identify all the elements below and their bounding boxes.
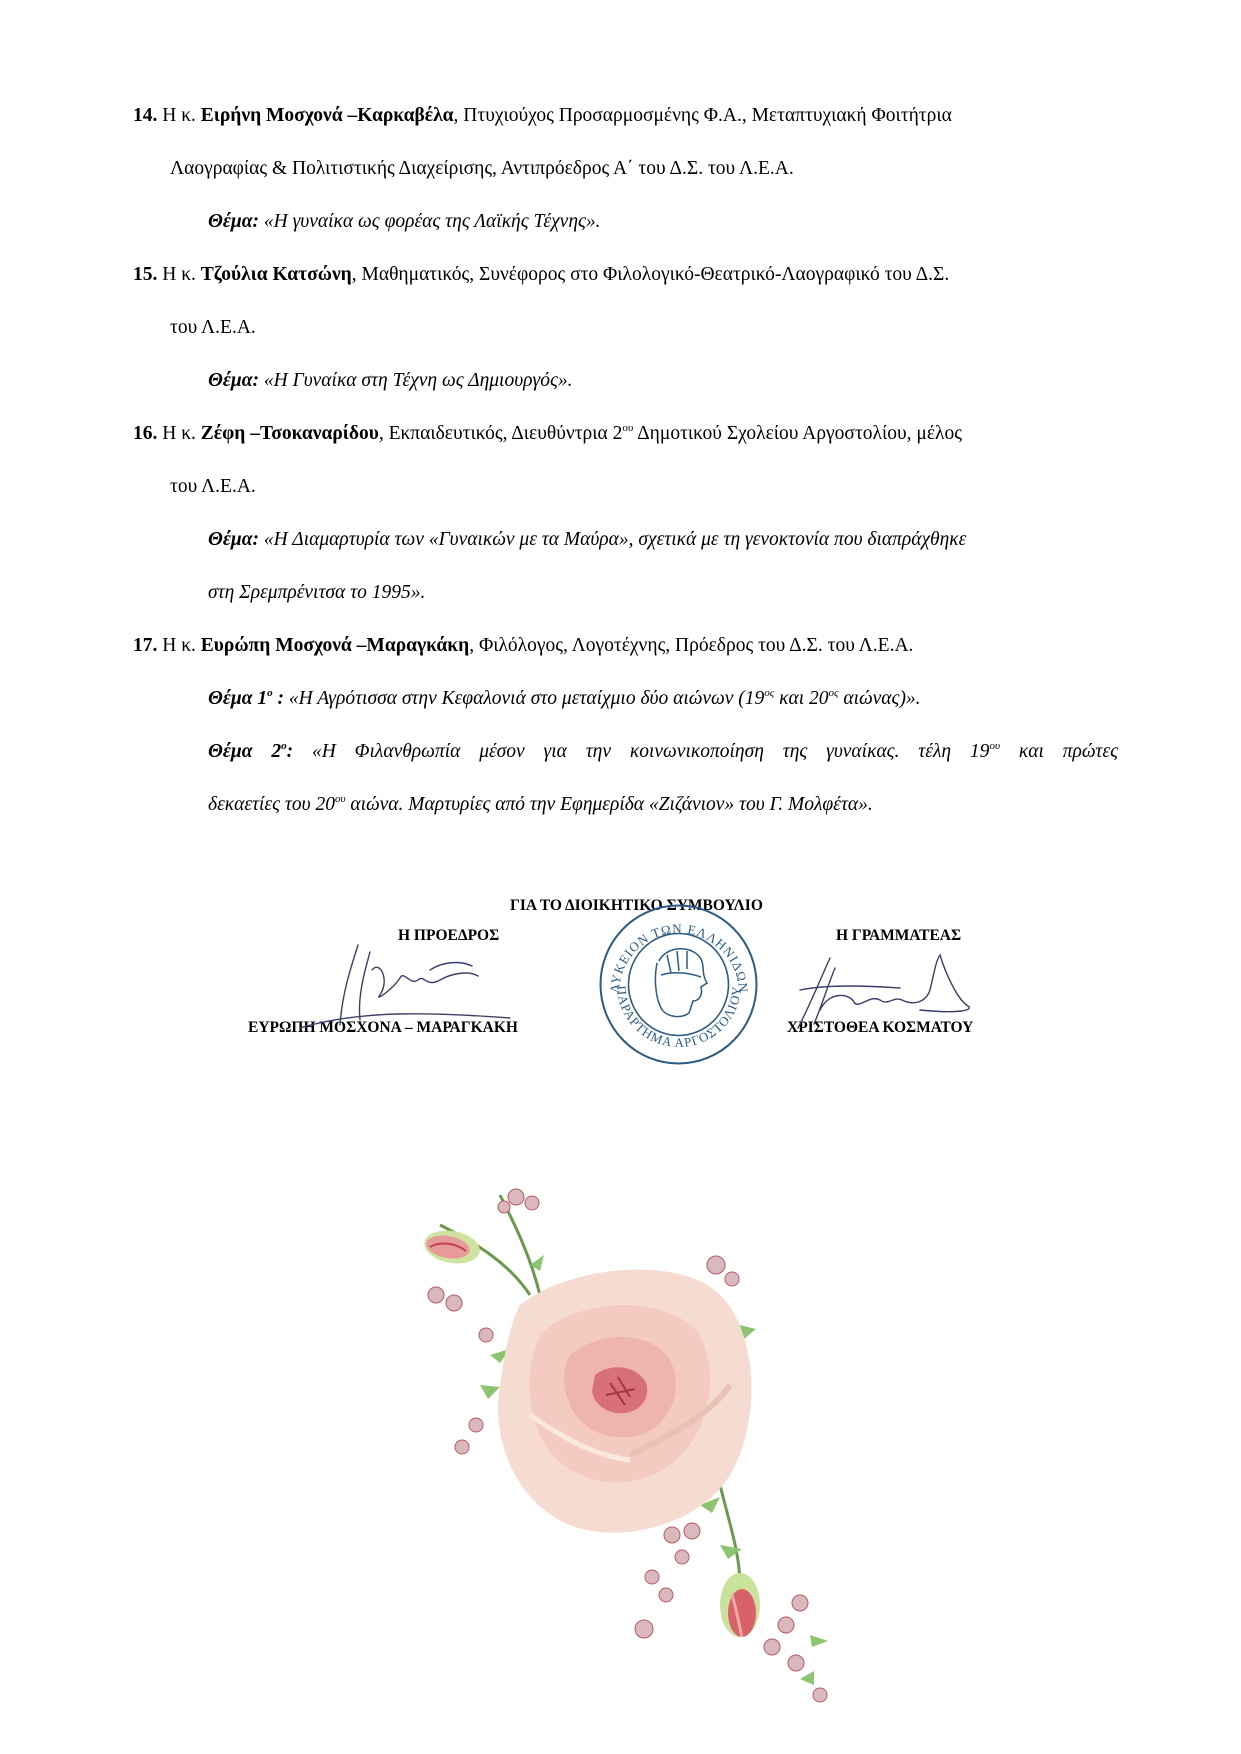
item-17-theme-2-line2: δεκαετίες του 20ου αιώνα. Μαρτυρίες από … — [208, 793, 873, 817]
item-16-line2: του Λ.Ε.Α. — [170, 475, 256, 499]
item-17-line1: 17. Η κ. Ευρώπη Μοσχονά –Μαραγκάκη, Φιλό… — [133, 634, 913, 658]
item-number: 17. — [133, 635, 157, 656]
item-15-line2: του Λ.Ε.Α. — [170, 316, 256, 340]
item-14-theme: Θέμα: «Η γυναίκα ως φορέας της Λαϊκής Τέ… — [208, 210, 601, 234]
rose-illustration-icon — [420, 1185, 860, 1705]
person-name: Ειρήνη Μοσχονά –Καρκαβέλα — [201, 105, 454, 126]
item-15-line1: 15. Η κ. Τζούλια Κατσώνη, Μαθηματικός, Σ… — [133, 263, 949, 287]
secretary-signature-icon — [790, 950, 990, 1030]
secretary-role: Η ΓΡΑΜΜΑΤΕΑΣ — [836, 927, 961, 945]
president-signature-icon — [300, 940, 520, 1030]
person-name: Ζέφη –Τσοκαναρίδου — [201, 423, 379, 444]
item-16-theme-line2: στη Σρεμπρένιτσα το 1995». — [208, 581, 425, 605]
item-15-theme: Θέμα: «Η Γυναίκα στη Τέχνη ως Δημιουργός… — [208, 369, 573, 393]
item-17-theme-2: Θέμα 2ο: «Η Φιλανθρωπία μέσον για την κο… — [208, 740, 1118, 764]
item-17-theme-1: Θέμα 1ο : «Η Αγρότισσα στην Κεφαλονιά στ… — [208, 687, 921, 711]
item-number: 14. — [133, 105, 157, 126]
person-name: Ευρώπη Μοσχονά –Μαραγκάκη — [201, 635, 469, 656]
item-number: 16. — [133, 423, 157, 444]
lyceum-stamp-icon: ΛΥΚΕΙΟΝ ΤΩΝ ΕΛΛΗΝΙΔΩΝ ΠΑΡΑΡΤΗΜΑ ΑΡΓΟΣΤΟΛ… — [597, 903, 760, 1066]
item-16-theme: Θέμα: «Η Διαμαρτυρία των «Γυναικών με τα… — [208, 528, 966, 552]
item-14-line1: 14. Η κ. Ειρήνη Μοσχονά –Καρκαβέλα, Πτυχ… — [133, 104, 952, 128]
person-name: Τζούλια Κατσώνη — [201, 264, 352, 285]
item-16-line1: 16. Η κ. Ζέφη –Τσοκαναρίδου, Εκπαιδευτικ… — [133, 422, 962, 446]
item-14-line2: Λαογραφίας & Πολιτιστικής Διαχείρισης, Α… — [170, 157, 794, 181]
item-number: 15. — [133, 264, 157, 285]
svg-text:ΠΑΡΑΡΤΗΜΑ ΑΡΓΟΣΤΟΛΙΟΥ: ΠΑΡΑΡΤΗΜΑ ΑΡΓΟΣΤΟΛΙΟΥ — [614, 985, 744, 1050]
